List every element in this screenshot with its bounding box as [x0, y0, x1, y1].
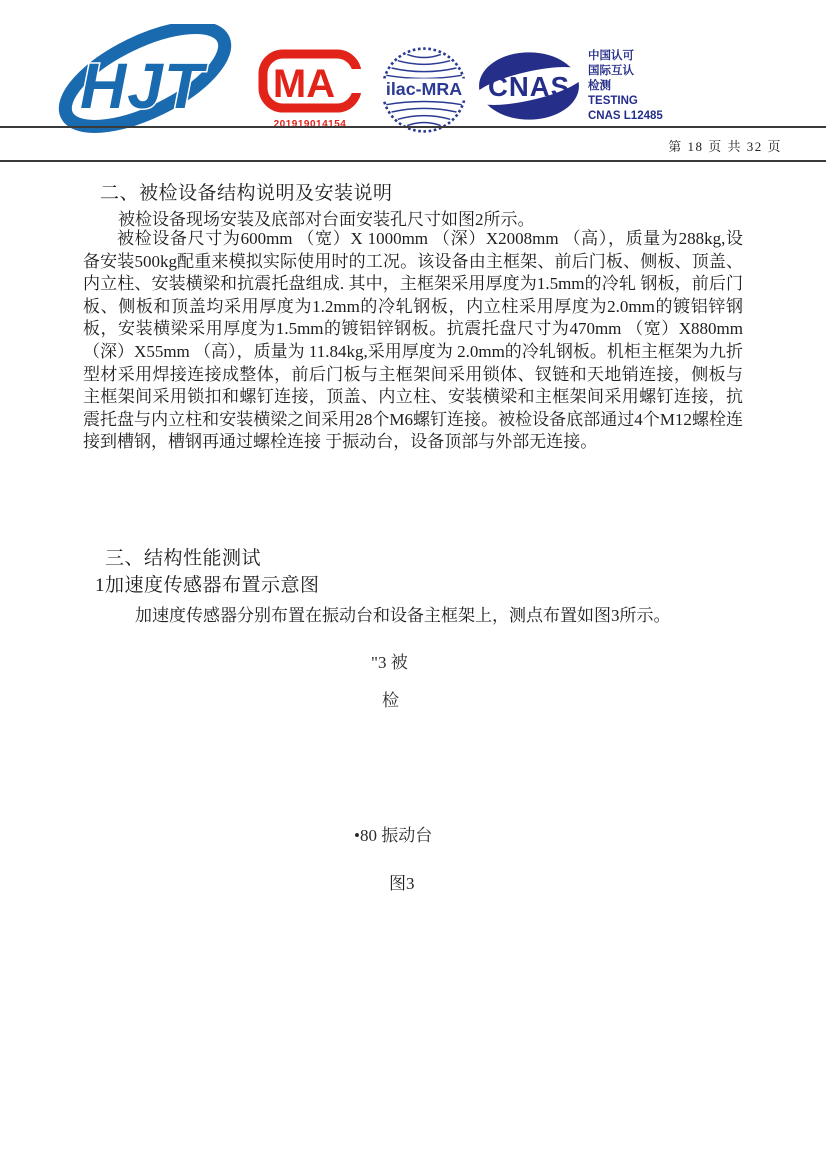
- figure3-caption: 图3: [389, 869, 415, 894]
- figure3-fragment-mid: 检: [382, 686, 399, 711]
- figure3-fragment-top: "3 被: [371, 648, 408, 673]
- ilac-mra-logo-text: ilac-MRA: [386, 79, 462, 99]
- cnas-text-line: 国际互认: [588, 64, 698, 79]
- cnas-text-line: TESTING: [588, 94, 698, 109]
- cma-registration-number: 201919014154: [258, 119, 362, 130]
- section3-subheading: 1加速度传感器布置示意图: [95, 570, 320, 597]
- ilac-mra-logo: ilac-MRA: [380, 45, 468, 135]
- cma-logo-letters: MA: [273, 62, 335, 106]
- cnas-logo-text: CNAS: [488, 71, 570, 102]
- section2-intro-paragraph: 被检设备现场安装及底部对台面安装孔尺寸如图2所示。: [118, 205, 535, 230]
- header-divider-bottom: [0, 160, 826, 162]
- cnas-text-line: 中国认可: [588, 49, 698, 64]
- cnas-text-line: CNAS L12485: [588, 109, 698, 124]
- hjt-logo-text: HJT: [80, 50, 208, 122]
- section2-body-paragraph: 被检设备尺寸为600mm （宽）X 1000mm （深）X2008mm （高），…: [83, 228, 743, 454]
- section3-body-paragraph: 加速度传感器分别布置在振动台和设备主框架上，测点布置如图3所示。: [135, 601, 671, 626]
- section2-heading: 二、被检设备结构说明及安装说明: [100, 178, 393, 205]
- header-divider-top: [0, 126, 826, 128]
- report-page: HJT MA 201919014154 ilac-MRA: [0, 0, 826, 1169]
- cnas-logo: CNAS: [478, 50, 580, 122]
- cnas-text-line: 检测: [588, 79, 698, 94]
- section3-heading: 三、结构性能测试: [105, 543, 261, 570]
- figure3-fragment-platform: •80 振动台: [354, 821, 432, 846]
- cnas-accreditation-text: 中国认可 国际互认 检测 TESTING CNAS L12485: [588, 49, 698, 124]
- page-indicator: 第 18 页 共 32 页: [668, 136, 782, 155]
- cma-logo: MA 201919014154: [258, 49, 362, 131]
- hjt-logo: HJT: [52, 24, 238, 136]
